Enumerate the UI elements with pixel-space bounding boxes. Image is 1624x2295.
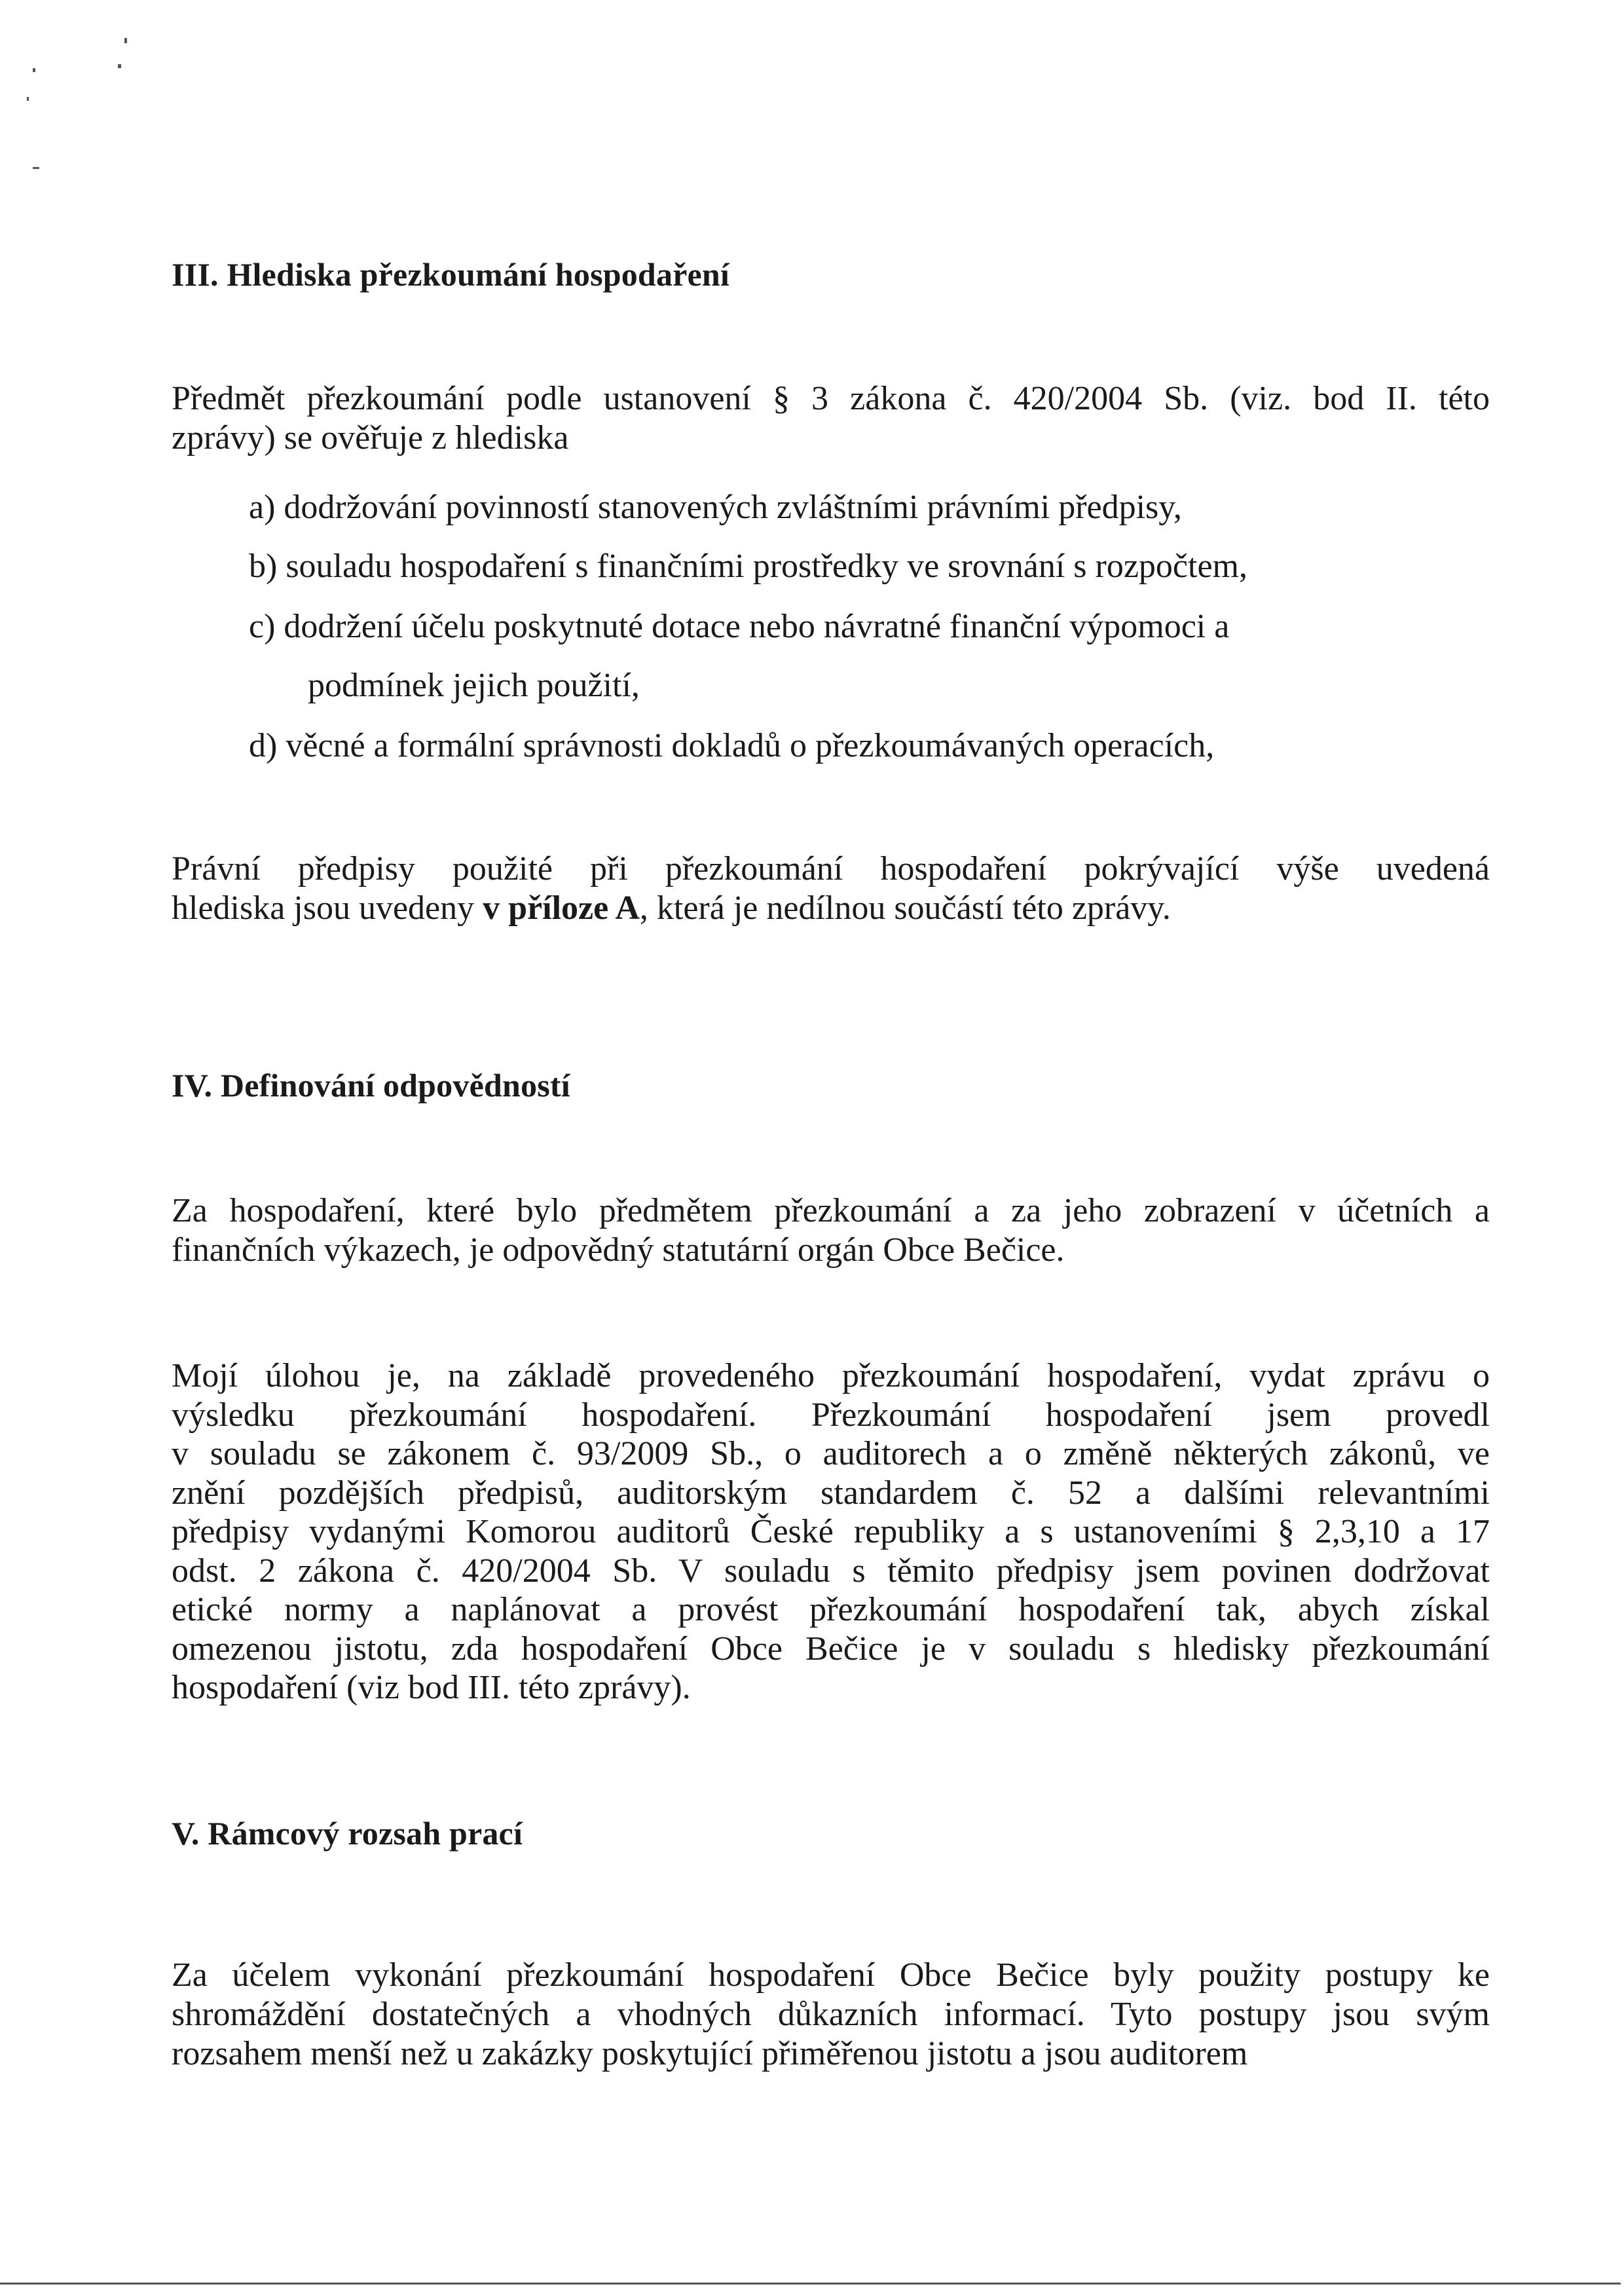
criteria-item-b: b) souladu hospodaření s finančními pros… xyxy=(249,546,1247,587)
criteria-item-a: a) dodržování povinností stanovených zvl… xyxy=(249,487,1182,528)
responsibility-line2: finančních výkazech, je odpovědný statut… xyxy=(172,1230,1490,1271)
legal-regulations-line1: Právní předpisy použité při přezkoumání … xyxy=(172,849,1490,889)
section-iv-heading: IV. Definování odpovědností xyxy=(172,1066,570,1104)
footer-rule xyxy=(0,2283,1621,2285)
auditor-role-line: hospodaření (viz bod III. této zprávy). xyxy=(172,1668,1490,1708)
scope-line: rozsahem menší než u zakázky poskytující… xyxy=(172,2034,1490,2074)
auditor-role-line: etické normy a naplánovat a provést přez… xyxy=(172,1590,1490,1630)
auditor-role-line: odst. 2 zákona č. 420/2004 Sb. V souladu… xyxy=(172,1551,1490,1592)
scope-line: shromáždění dostatečných a vhodných důka… xyxy=(172,1994,1490,2035)
scan-speck xyxy=(124,38,127,43)
scan-speck xyxy=(33,167,39,169)
scan-speck xyxy=(27,97,29,101)
criteria-item-c: c) dodržení účelu poskytnuté dotace nebo… xyxy=(249,606,1229,647)
scan-speck xyxy=(33,68,35,72)
responsibility-line1: Za hospodaření, které bylo předmětem pře… xyxy=(172,1191,1490,1231)
auditor-role-line: v souladu se zákonem č. 93/2009 Sb., o a… xyxy=(172,1434,1490,1474)
legal-text-end: , která je nedílnou součástí této zprávy… xyxy=(640,889,1171,927)
auditor-role-line: výsledku přezkoumání hospodaření. Přezko… xyxy=(172,1395,1490,1436)
auditor-role-line: znění pozdějších předpisů, auditorským s… xyxy=(172,1473,1490,1514)
auditor-role-line: Mojí úlohou je, na základě provedeného p… xyxy=(172,1356,1490,1396)
auditor-role-line: předpisy vydanými Komorou auditorů České… xyxy=(172,1512,1490,1552)
scan-speck xyxy=(118,64,121,68)
section-iii-heading: III. Hlediska přezkoumání hospodaření xyxy=(172,255,729,293)
legal-text: hlediska jsou uvedeny xyxy=(172,889,483,927)
section-iii-intro-line1: Předmět přezkoumání podle ustanovení § 3… xyxy=(172,379,1490,419)
auditor-role-line: omezenou jistotu, zda hospodaření Obce B… xyxy=(172,1629,1490,1670)
criteria-item-d: d) věcné a formální správnosti dokladů o… xyxy=(249,726,1214,766)
scope-line: Za účelem vykonání přezkoumání hospodaře… xyxy=(172,1955,1490,1996)
section-iii-intro-line2: zprávy) se ověřuje z hlediska xyxy=(172,418,1490,458)
criteria-item-c-continuation: podmínek jejich použití, xyxy=(308,665,640,706)
annex-a-reference: v příloze A xyxy=(483,889,640,927)
section-v-heading: V. Rámcový rozsah prací xyxy=(172,1814,523,1852)
legal-regulations-line2: hlediska jsou uvedeny v příloze A, která… xyxy=(172,888,1490,929)
